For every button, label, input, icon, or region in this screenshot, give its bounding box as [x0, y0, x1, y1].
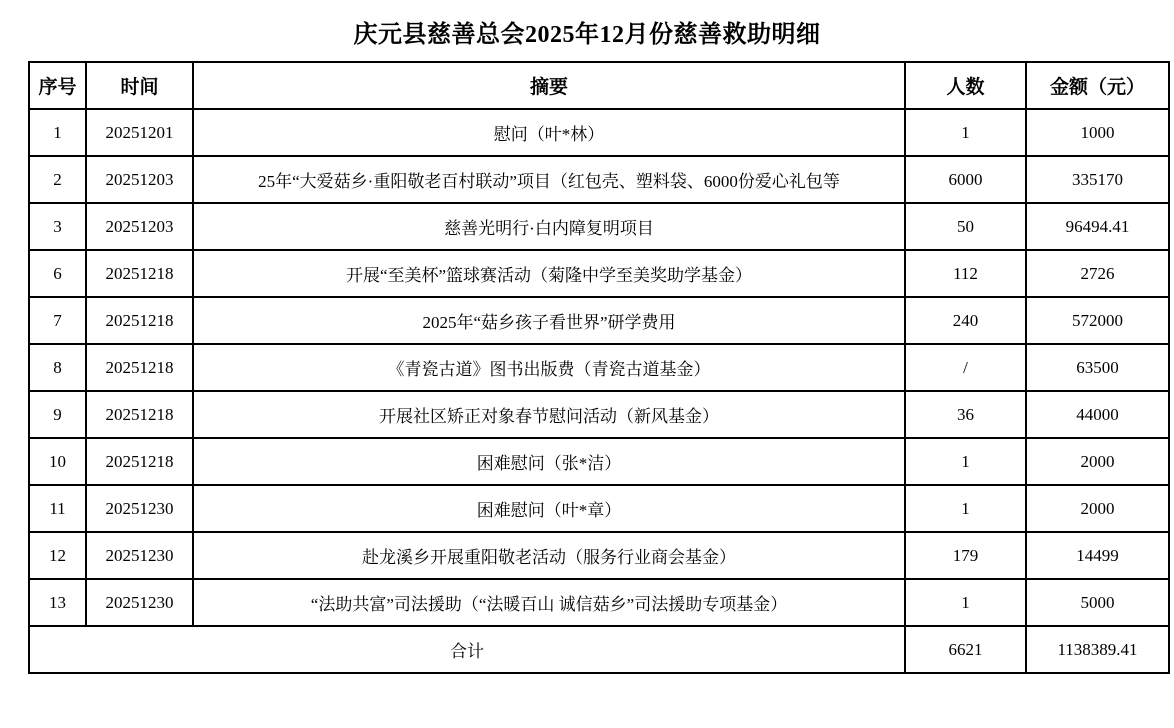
cell-serial: 1: [29, 109, 86, 156]
table-row: 12 20251230 赴龙溪乡开展重阳敬老活动（服务行业商会基金） 179 1…: [29, 532, 1169, 579]
table-row: 1 20251201 慰问（叶*林） 1 1000: [29, 109, 1169, 156]
total-label: 合计: [29, 626, 905, 673]
cell-date: 20251230: [86, 532, 193, 579]
total-row: 合计 6621 1138389.41: [29, 626, 1169, 673]
cell-serial: 8: [29, 344, 86, 391]
cell-date: 20251230: [86, 579, 193, 626]
cell-people: 6000: [905, 156, 1026, 203]
cell-people: 1: [905, 438, 1026, 485]
cell-amount: 96494.41: [1026, 203, 1169, 250]
total-amount: 1138389.41: [1026, 626, 1169, 673]
cell-serial: 6: [29, 250, 86, 297]
cell-date: 20251218: [86, 391, 193, 438]
cell-serial: 2: [29, 156, 86, 203]
cell-summary: 赴龙溪乡开展重阳敬老活动（服务行业商会基金）: [193, 532, 905, 579]
cell-date: 20251201: [86, 109, 193, 156]
table-body: 1 20251201 慰问（叶*林） 1 1000 2 20251203 25年…: [29, 109, 1169, 626]
cell-people: 1: [905, 485, 1026, 532]
cell-people: 112: [905, 250, 1026, 297]
cell-amount: 44000: [1026, 391, 1169, 438]
cell-date: 20251218: [86, 297, 193, 344]
table-row: 8 20251218 《青瓷古道》图书出版费（青瓷古道基金） / 63500: [29, 344, 1169, 391]
table-footer: 合计 6621 1138389.41: [29, 626, 1169, 673]
cell-summary: 困难慰问（叶*章）: [193, 485, 905, 532]
cell-people: /: [905, 344, 1026, 391]
cell-serial: 9: [29, 391, 86, 438]
cell-serial: 10: [29, 438, 86, 485]
cell-date: 20251203: [86, 203, 193, 250]
table-row: 3 20251203 慈善光明行·白内障复明项目 50 96494.41: [29, 203, 1169, 250]
cell-amount: 2000: [1026, 438, 1169, 485]
cell-people: 179: [905, 532, 1026, 579]
total-people: 6621: [905, 626, 1026, 673]
header-date: 时间: [86, 62, 193, 109]
cell-date: 20251203: [86, 156, 193, 203]
cell-serial: 3: [29, 203, 86, 250]
cell-summary: 2025年“菇乡孩子看世界”研学费用: [193, 297, 905, 344]
header-amount: 金额（元）: [1026, 62, 1169, 109]
cell-date: 20251218: [86, 250, 193, 297]
document-page: 庆元县慈善总会2025年12月份慈善救助明细 序号 时间 摘要 人数 金额（元）…: [0, 0, 1174, 728]
cell-summary: 《青瓷古道》图书出版费（青瓷古道基金）: [193, 344, 905, 391]
cell-serial: 7: [29, 297, 86, 344]
cell-amount: 2000: [1026, 485, 1169, 532]
cell-date: 20251230: [86, 485, 193, 532]
page-title: 庆元县慈善总会2025年12月份慈善救助明细: [0, 0, 1174, 49]
table-row: 13 20251230 “法助共富”司法援助（“法暖百山 诚信菇乡”司法援助专项…: [29, 579, 1169, 626]
cell-people: 36: [905, 391, 1026, 438]
cell-people: 240: [905, 297, 1026, 344]
cell-amount: 1000: [1026, 109, 1169, 156]
cell-amount: 2726: [1026, 250, 1169, 297]
cell-summary: 25年“大爱菇乡·重阳敬老百村联动”项目（红包壳、塑料袋、6000份爱心礼包等: [193, 156, 905, 203]
table-row: 10 20251218 困难慰问（张*洁） 1 2000: [29, 438, 1169, 485]
cell-summary: 慈善光明行·白内障复明项目: [193, 203, 905, 250]
cell-amount: 335170: [1026, 156, 1169, 203]
cell-amount: 63500: [1026, 344, 1169, 391]
table-row: 9 20251218 开展社区矫正对象春节慰问活动（新风基金） 36 44000: [29, 391, 1169, 438]
cell-date: 20251218: [86, 344, 193, 391]
table-row: 11 20251230 困难慰问（叶*章） 1 2000: [29, 485, 1169, 532]
header-people: 人数: [905, 62, 1026, 109]
cell-summary: “法助共富”司法援助（“法暖百山 诚信菇乡”司法援助专项基金）: [193, 579, 905, 626]
table-row: 7 20251218 2025年“菇乡孩子看世界”研学费用 240 572000: [29, 297, 1169, 344]
cell-amount: 14499: [1026, 532, 1169, 579]
cell-amount: 572000: [1026, 297, 1169, 344]
table-header: 序号 时间 摘要 人数 金额（元）: [29, 62, 1169, 109]
header-summary: 摘要: [193, 62, 905, 109]
cell-summary: 开展社区矫正对象春节慰问活动（新风基金）: [193, 391, 905, 438]
cell-summary: 慰问（叶*林）: [193, 109, 905, 156]
cell-summary: 开展“至美杯”篮球赛活动（菊隆中学至美奖助学基金）: [193, 250, 905, 297]
table-row: 2 20251203 25年“大爱菇乡·重阳敬老百村联动”项目（红包壳、塑料袋、…: [29, 156, 1169, 203]
cell-people: 50: [905, 203, 1026, 250]
cell-summary: 困难慰问（张*洁）: [193, 438, 905, 485]
cell-amount: 5000: [1026, 579, 1169, 626]
cell-serial: 11: [29, 485, 86, 532]
cell-date: 20251218: [86, 438, 193, 485]
header-row: 序号 时间 摘要 人数 金额（元）: [29, 62, 1169, 109]
header-serial: 序号: [29, 62, 86, 109]
table-row: 6 20251218 开展“至美杯”篮球赛活动（菊隆中学至美奖助学基金） 112…: [29, 250, 1169, 297]
cell-serial: 13: [29, 579, 86, 626]
cell-serial: 12: [29, 532, 86, 579]
cell-people: 1: [905, 579, 1026, 626]
cell-people: 1: [905, 109, 1026, 156]
relief-table: 序号 时间 摘要 人数 金额（元） 1 20251201 慰问（叶*林） 1 1…: [28, 61, 1170, 674]
